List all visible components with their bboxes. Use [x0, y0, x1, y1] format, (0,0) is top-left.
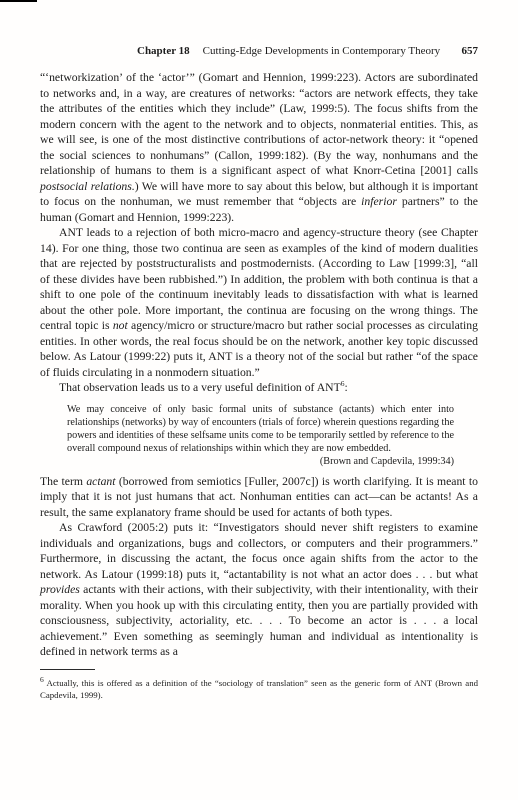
footnote-area: 6 Actually, this is offered as a definit… — [40, 669, 478, 701]
body-text: “‘networkization’ of the ‘actor’” (Gomar… — [40, 70, 478, 660]
footnote-marker: 6 — [40, 675, 44, 684]
block-quote: We may conceive of only basic formal uni… — [67, 403, 454, 469]
running-header: Chapter 18 Cutting-Edge Developments in … — [40, 45, 478, 57]
footnote-text: Actually, this is offered as a definitio… — [40, 678, 478, 700]
paragraph-crawford: As Crawford (2005:2) puts it: “Investiga… — [40, 520, 478, 660]
paragraph-definition-lead: That observation leads us to a very usef… — [40, 380, 478, 396]
block-quote-text: We may conceive of only basic formal uni… — [67, 403, 454, 456]
scan-artifact — [0, 0, 37, 2]
running-title: Cutting-Edge Developments in Contemporar… — [203, 45, 440, 57]
book-page: Chapter 18 Cutting-Edge Developments in … — [0, 0, 518, 800]
footnote: 6 Actually, this is offered as a definit… — [40, 677, 478, 701]
quote-attribution: (Brown and Capdevila, 1999:34) — [67, 455, 454, 468]
paragraph-actant-term: The term actant (borrowed from semiotics… — [40, 474, 478, 521]
paragraph-ant-rejection: ANT leads to a rejection of both micro-m… — [40, 225, 478, 380]
page-number: 657 — [462, 45, 479, 57]
paragraph-networkization: “‘networkization’ of the ‘actor’” (Gomar… — [40, 70, 478, 225]
footnote-rule — [40, 669, 95, 670]
chapter-label: Chapter 18 — [137, 45, 190, 57]
